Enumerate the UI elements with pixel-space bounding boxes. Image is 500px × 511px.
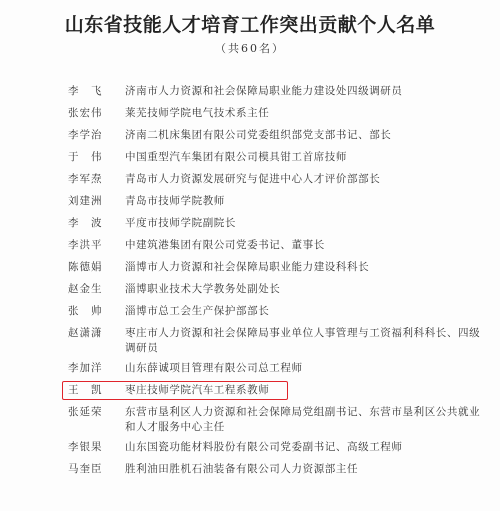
person-name: 李 飞 (68, 84, 125, 99)
document-page: 山东省技能人才培育工作突出贡献个人名单 （共60名） 李 飞 济南市人力资源和社… (0, 0, 500, 511)
list-item: 张 帅 淄博市总工会生产保护部部长 (68, 304, 488, 319)
person-name: 李加洋 (68, 361, 125, 376)
person-position: 枣庄市人力资源和社会保障局事业单位人事管理与工资福利科科长、四级调研员 (125, 326, 488, 356)
document-title: 山东省技能人才培育工作突出贡献个人名单 (0, 10, 500, 37)
person-position: 胜利油田胜机石油装备有限公司人力资源部主任 (125, 462, 488, 477)
document-subtitle: （共60名） (0, 40, 500, 56)
person-name: 张宏伟 (68, 106, 125, 121)
person-name: 刘建洲 (68, 194, 125, 209)
list-item: 马奎臣 胜利油田胜机石油装备有限公司人力资源部主任 (68, 462, 488, 477)
highlighted-list-item: 王 凯 枣庄技师学院汽车工程系教师 (68, 383, 488, 398)
person-position: 青岛市人力资源发展研究与促进中心人才评价部部长 (125, 172, 488, 187)
list-item: 于 伟 中国重型汽车集团有限公司模具钳工首席技师 (68, 150, 488, 165)
person-name: 马奎臣 (68, 462, 125, 477)
person-name: 李银果 (68, 440, 125, 455)
list-item: 张宏伟 莱芜技师学院电气技术系主任 (68, 106, 488, 121)
person-name: 王 凯 (68, 383, 125, 398)
list-item: 李加洋 山东薛诚项目管理有限公司总工程师 (68, 361, 488, 376)
person-position: 中建筑港集团有限公司党委书记、董事长 (125, 238, 488, 253)
person-name: 陈德娟 (68, 260, 125, 275)
person-position: 东营市垦利区人力资源和社会保障局党组副书记、东营市垦利区公共就业和人才服务中心主… (125, 405, 488, 435)
person-name: 李 波 (68, 216, 125, 231)
list-item: 李 波 平度市技师学院副院长 (68, 216, 488, 231)
list-item: 李军焘 青岛市人力资源发展研究与促进中心人才评价部部长 (68, 172, 488, 187)
person-name: 于 伟 (68, 150, 125, 165)
person-position: 济南市人力资源和社会保障局职业能力建设处四级调研员 (125, 84, 488, 99)
person-position: 莱芜技师学院电气技术系主任 (125, 106, 488, 121)
person-position: 山东薛诚项目管理有限公司总工程师 (125, 361, 488, 376)
person-position: 山东国瓷功能材料股份有限公司党委副书记、高级工程师 (125, 440, 488, 455)
person-name: 李军焘 (68, 172, 125, 187)
person-position: 青岛市技师学院教师 (125, 194, 488, 209)
honoree-list: 李 飞 济南市人力资源和社会保障局职业能力建设处四级调研员 张宏伟 莱芜技师学院… (68, 84, 488, 484)
person-position: 枣庄技师学院汽车工程系教师 (125, 383, 488, 398)
list-item: 李银果 山东国瓷功能材料股份有限公司党委副书记、高级工程师 (68, 440, 488, 455)
list-item: 刘建洲 青岛市技师学院教师 (68, 194, 488, 209)
person-name: 张延荣 (68, 405, 125, 420)
person-position: 淄博市总工会生产保护部部长 (125, 304, 488, 319)
person-name: 赵金生 (68, 282, 125, 297)
person-position: 济南二机床集团有限公司党委组织部党支部书记、部长 (125, 128, 488, 143)
person-position: 淄博职业技术大学教务处副处长 (125, 282, 488, 297)
list-item: 赵金生 淄博职业技术大学教务处副处长 (68, 282, 488, 297)
person-name: 李洪平 (68, 238, 125, 253)
person-name: 赵潇潇 (68, 326, 125, 341)
person-position: 淄博市人力资源和社会保障局职业能力建设科科长 (125, 260, 488, 275)
list-item: 陈德娟 淄博市人力资源和社会保障局职业能力建设科科长 (68, 260, 488, 275)
person-name: 张 帅 (68, 304, 125, 319)
list-item: 李 飞 济南市人力资源和社会保障局职业能力建设处四级调研员 (68, 84, 488, 99)
list-item: 李学治 济南二机床集团有限公司党委组织部党支部书记、部长 (68, 128, 488, 143)
person-name: 李学治 (68, 128, 125, 143)
person-position: 中国重型汽车集团有限公司模具钳工首席技师 (125, 150, 488, 165)
person-position: 平度市技师学院副院长 (125, 216, 488, 231)
list-item: 赵潇潇 枣庄市人力资源和社会保障局事业单位人事管理与工资福利科科长、四级调研员 (68, 326, 488, 356)
list-item: 张延荣 东营市垦利区人力资源和社会保障局党组副书记、东营市垦利区公共就业和人才服… (68, 405, 488, 435)
list-item: 李洪平 中建筑港集团有限公司党委书记、董事长 (68, 238, 488, 253)
